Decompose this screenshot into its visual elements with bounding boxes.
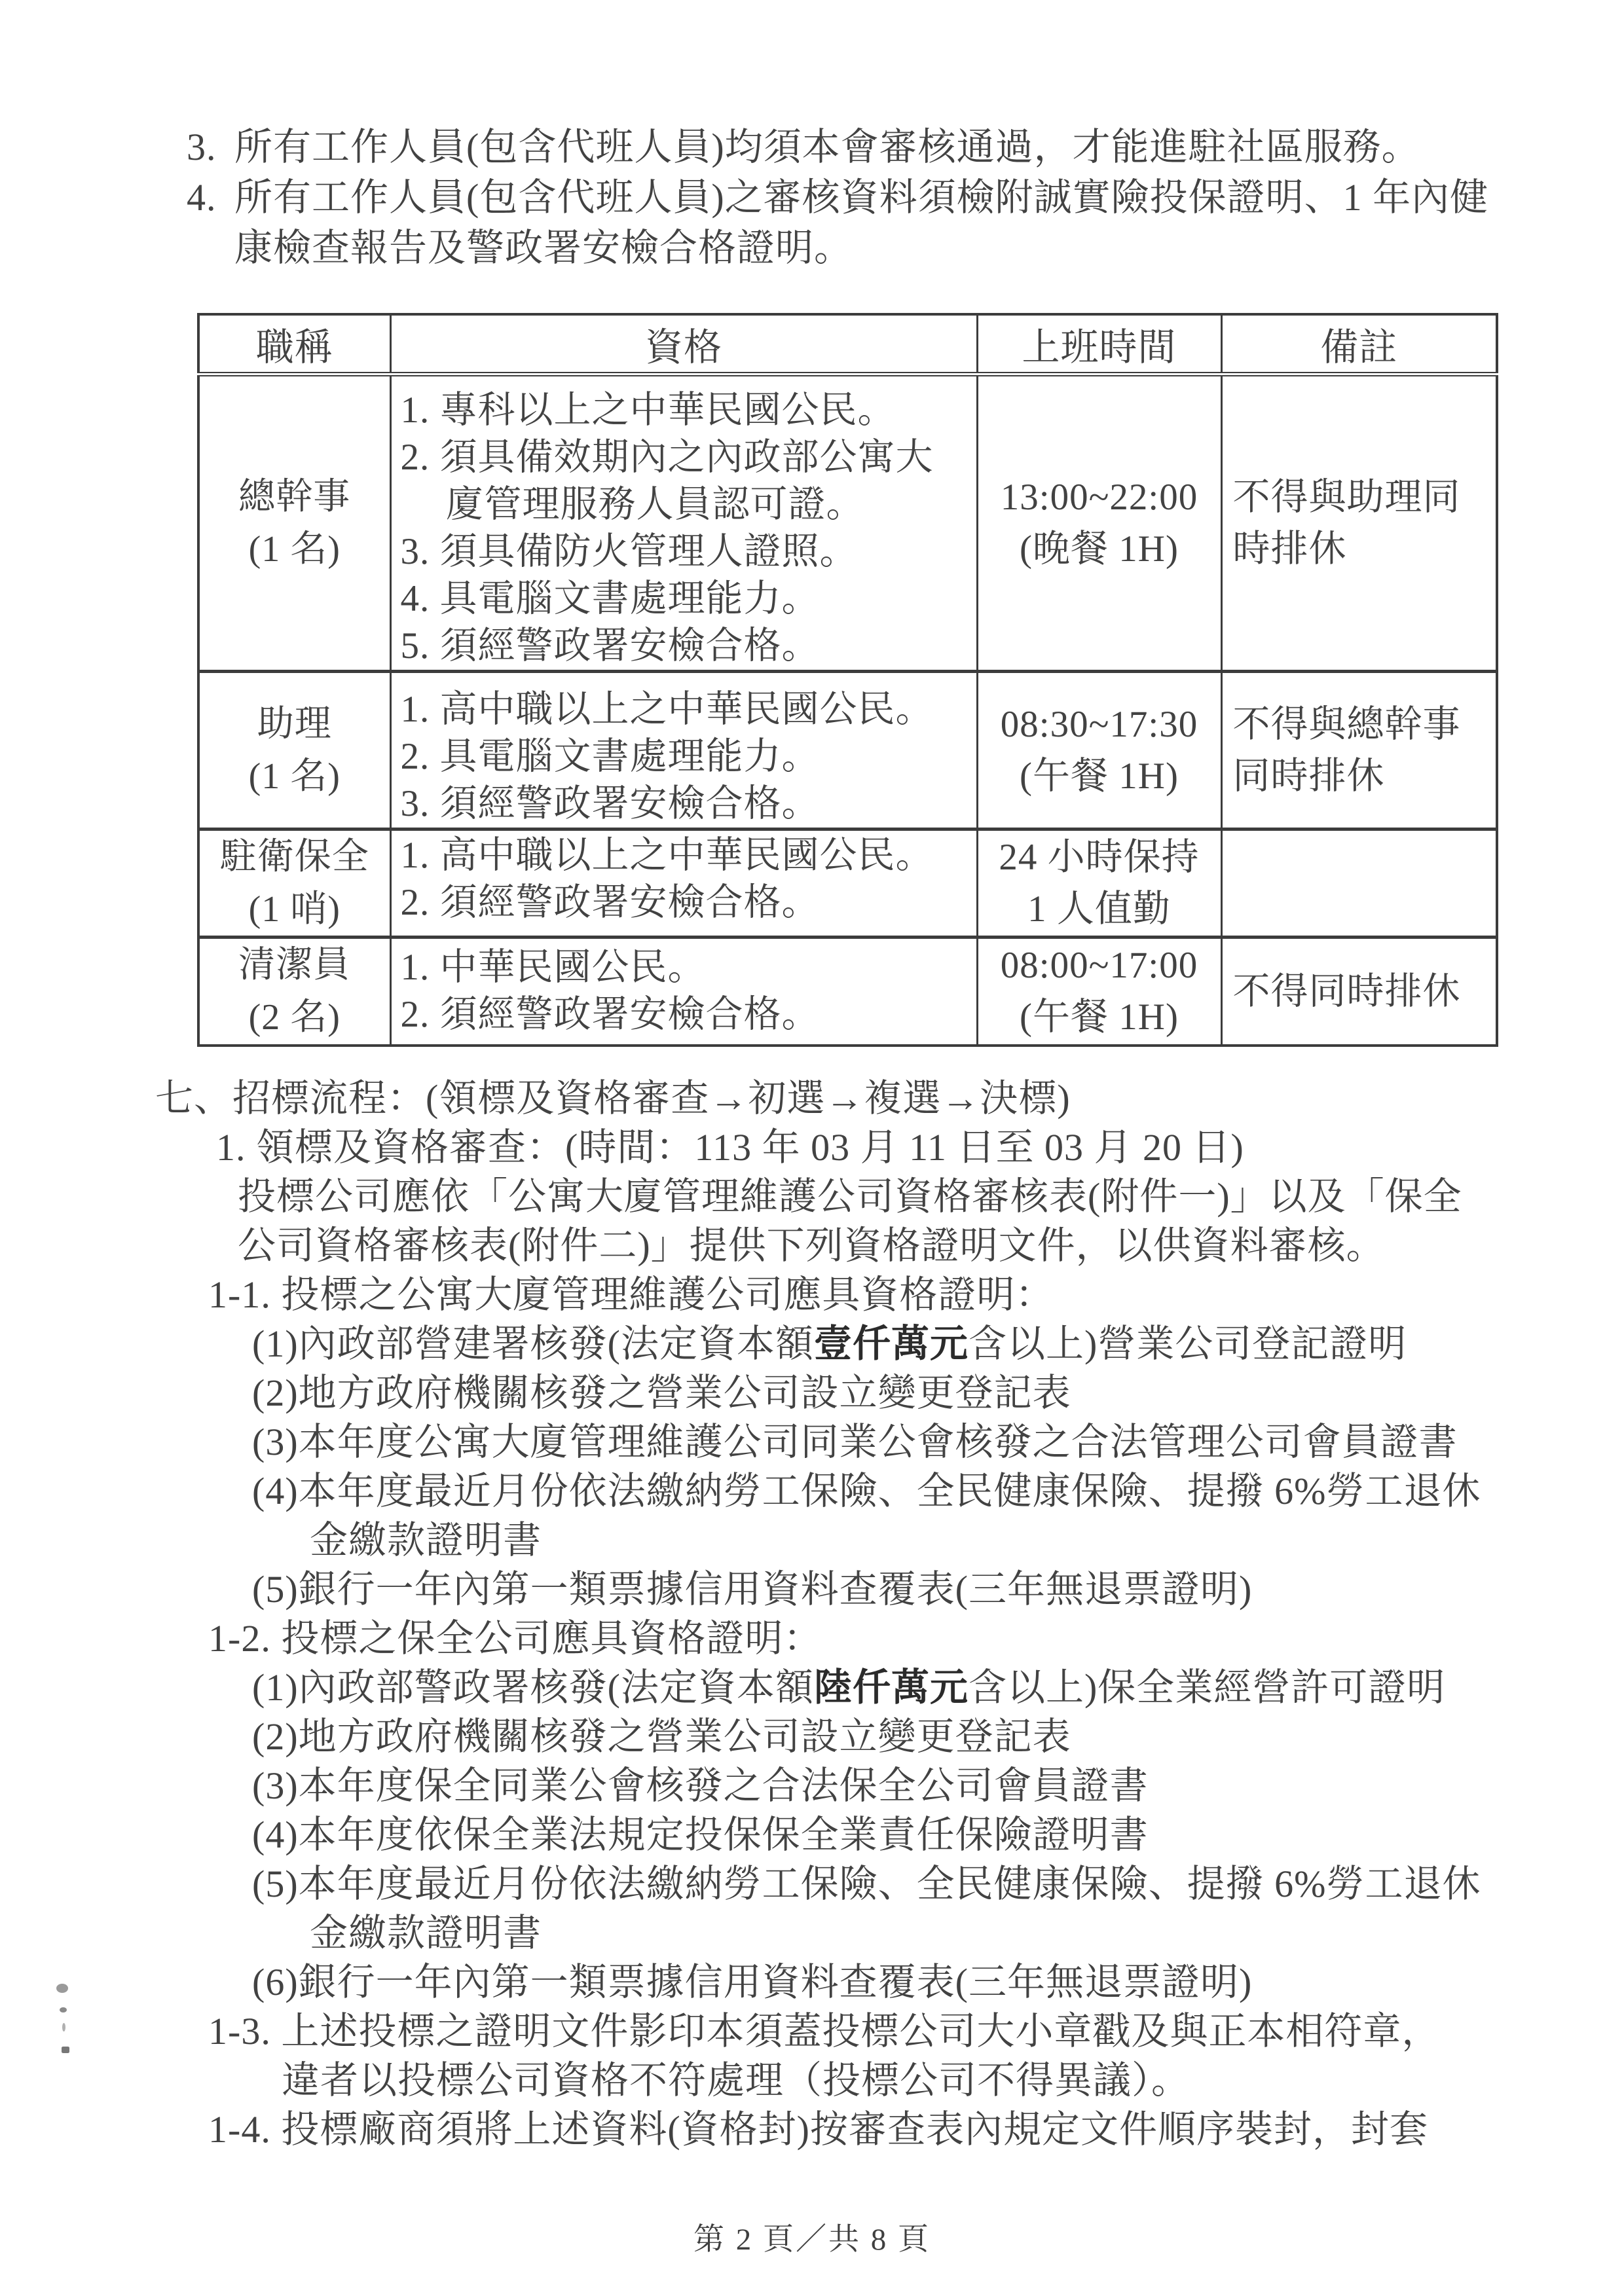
job-headcount: (2 名) <box>201 991 388 1044</box>
remark-line: 同時排休 <box>1233 750 1492 802</box>
qualifications-cell: 1. 高中職以上之中華民國公民。 2. 具電腦文書處理能力。 3. 須經警政署安… <box>390 672 977 829</box>
sub-1-2-item-5: (5)本年度最近月份依法繳納勞工保險、全民健康保險、提撥 6%勞工退休 <box>0 1859 1624 1908</box>
scan-speck <box>62 2047 69 2053</box>
qual-line: 1. 中華民國公民。 <box>401 944 971 991</box>
scan-speck <box>62 2023 65 2032</box>
sub-1-2-item-1: (1)內政部警政署核發(法定資本額陸仟萬元含以上)保全業經營許可證明 <box>0 1663 1624 1712</box>
qual-line: 廈管理服務人員認可證。 <box>401 481 971 528</box>
qual-line: 2. 具電腦文書處理能力。 <box>401 733 971 780</box>
sub-1-2-item-4: (4)本年度依保全業法規定投保保全業責任保險證明書 <box>0 1810 1624 1859</box>
sub-1-2-item-6: (6)銀行一年內第一類票據信用資料查覆表(三年無退票證明) <box>0 1958 1624 2007</box>
capital-amount-bold: 壹仟萬元 <box>814 1322 969 1365</box>
staff-requirements-table: 職稱 資格 上班時間 備註 總幹事 (1 名) 1. 專科以上之中華民國公民。 … <box>197 313 1498 1047</box>
qual-line: 1. 高中職以上之中華民國公民。 <box>401 686 971 733</box>
sub-1-1-item-4-wrap: 金繳款證明書 <box>0 1516 1624 1565</box>
hours-line: (午餐 1H) <box>980 750 1219 802</box>
hours-line: 24 小時保持 <box>980 831 1219 883</box>
remarks-cell: 不得與助理同 時排休 <box>1221 374 1497 672</box>
top-notes: 3. 所有工作人員(包含代班人員)均須本會審核通過，才能進駐社區服務。 4. 所… <box>187 122 1488 273</box>
sub-1-3-line-2: 違者以投標公司資格不符處理（投標公司不得異議）。 <box>0 2056 1624 2105</box>
sub-1-1-item-5: (5)銀行一年內第一類票據信用資料查覆表(三年無退票證明) <box>0 1565 1624 1614</box>
job-title-cell: 駐衛保全 (1 哨) <box>198 829 390 938</box>
qualifications-cell: 1. 高中職以上之中華民國公民。 2. 須經警政署安檢合格。 <box>390 829 977 938</box>
remark-line: 不得與總幹事 <box>1233 699 1492 750</box>
job-title-cell: 清潔員 (2 名) <box>198 938 390 1046</box>
note-text: 所有工作人員(包含代班人員)均須本會審核通過，才能進駐社區服務。 <box>234 122 1488 172</box>
job-title: 駐衛保全 <box>201 831 388 883</box>
note-item-3: 3. 所有工作人員(包含代班人員)均須本會審核通過，才能進駐社區服務。 <box>187 122 1488 172</box>
document-page: 3. 所有工作人員(包含代班人員)均須本會審核通過，才能進駐社區服務。 4. 所… <box>0 0 1624 2296</box>
remarks-cell <box>1221 829 1497 938</box>
job-headcount: (1 名) <box>201 523 388 575</box>
sub-1-2-item-5-wrap: 金繳款證明書 <box>0 1908 1624 1958</box>
table-row: 助理 (1 名) 1. 高中職以上之中華民國公民。 2. 具電腦文書處理能力。 … <box>198 672 1497 829</box>
qual-line: 3. 須經警政署安檢合格。 <box>401 780 971 828</box>
job-title-cell: 總幹事 (1 名) <box>198 374 390 672</box>
qual-line: 1. 專科以上之中華民國公民。 <box>401 387 971 434</box>
step-1-description: 投標公司應依「公寓大廈管理維護公司資格審核表(附件一)」以及「保全 <box>0 1172 1624 1221</box>
header-work-hours: 上班時間 <box>977 314 1221 374</box>
work-hours-cell: 24 小時保持 1 人值勤 <box>977 829 1221 938</box>
sub-1-1-item-4: (4)本年度最近月份依法繳納勞工保險、全民健康保險、提撥 6%勞工退休 <box>0 1467 1624 1516</box>
item-text: 含以上)營業公司登記證明 <box>969 1322 1407 1365</box>
qual-line: 2. 須具備效期內之內政部公寓大 <box>401 434 971 481</box>
job-headcount: (1 名) <box>201 750 388 803</box>
hours-line: 13:00~22:00 <box>980 471 1219 523</box>
page-number-footer: 第 2 頁／共 8 頁 <box>0 2215 1624 2259</box>
sub-1-2-item-2: (2)地方政府機關核發之營業公司設立變更登記表 <box>0 1712 1624 1761</box>
work-hours-cell: 13:00~22:00 (晚餐 1H) <box>977 374 1221 672</box>
sub-1-2-heading: 1-2. 投標之保全公司應具資格證明： <box>0 1614 1624 1663</box>
job-title: 總幹事 <box>201 471 388 523</box>
note-text: 康檢查報告及警政署安檢合格證明。 <box>234 223 1488 273</box>
item-text: (1)內政部營建署核發(法定資本額 <box>252 1322 814 1365</box>
qual-line: 3. 須具備防火管理人證照。 <box>401 528 971 575</box>
sub-1-1-item-1: (1)內政部營建署核發(法定資本額壹仟萬元含以上)營業公司登記證明 <box>0 1319 1624 1368</box>
remark-line: 不得同時排休 <box>1233 966 1492 1017</box>
scan-speck <box>56 1984 68 1993</box>
header-job-title: 職稱 <box>198 314 390 374</box>
table-row: 清潔員 (2 名) 1. 中華民國公民。 2. 須經警政署安檢合格。 08:00… <box>198 938 1497 1046</box>
job-title-cell: 助理 (1 名) <box>198 672 390 829</box>
job-title: 助理 <box>201 698 388 750</box>
item-text: 含以上)保全業經營許可證明 <box>969 1666 1445 1709</box>
step-1-heading: 1. 領標及資格審查：(時間：113 年 03 月 11 日至 03 月 20 … <box>0 1123 1624 1172</box>
hours-line: 08:00~17:00 <box>980 939 1219 991</box>
remark-line: 不得與助理同 <box>1233 471 1492 523</box>
remark-line: 時排休 <box>1233 523 1492 575</box>
step-1-description: 公司資格審核表(附件二)」提供下列資格證明文件，以供資料審核。 <box>0 1221 1624 1270</box>
remarks-cell: 不得與總幹事 同時排休 <box>1221 672 1497 829</box>
qual-line: 1. 高中職以上之中華民國公民。 <box>401 832 971 879</box>
scan-speck <box>60 2007 67 2013</box>
qual-line: 2. 須經警政署安檢合格。 <box>401 879 971 926</box>
note-number: 3. <box>187 122 234 172</box>
qual-line: 2. 須經警政署安檢合格。 <box>401 991 971 1038</box>
note-text: 所有工作人員(包含代班人員)之審核資料須檢附誠實險投保證明、1 年內健 <box>234 172 1488 223</box>
hours-line: (午餐 1H) <box>980 991 1219 1043</box>
section-heading: 七、招標流程：(領標及資格審查→初選→複選→決標) <box>0 1074 1624 1123</box>
job-headcount: (1 哨) <box>201 883 388 936</box>
header-remarks: 備註 <box>1221 314 1497 374</box>
remarks-cell: 不得同時排休 <box>1221 938 1497 1046</box>
qual-line: 5. 須經警政署安檢合格。 <box>401 623 971 670</box>
hours-line: 1 人值勤 <box>980 883 1219 935</box>
capital-amount-bold: 陸仟萬元 <box>814 1666 969 1709</box>
hours-line: 08:30~17:30 <box>980 699 1219 750</box>
qual-line: 4. 具電腦文書處理能力。 <box>401 575 971 623</box>
qualifications-cell: 1. 專科以上之中華民國公民。 2. 須具備效期內之內政部公寓大 廈管理服務人員… <box>390 374 977 672</box>
table-row: 總幹事 (1 名) 1. 專科以上之中華民國公民。 2. 須具備效期內之內政部公… <box>198 374 1497 672</box>
header-qualifications: 資格 <box>390 314 977 374</box>
sub-1-1-item-3: (3)本年度公寓大廈管理維護公司同業公會核發之合法管理公司會員證書 <box>0 1417 1624 1467</box>
work-hours-cell: 08:30~17:30 (午餐 1H) <box>977 672 1221 829</box>
note-number: 4. <box>187 172 234 273</box>
table-row: 駐衛保全 (1 哨) 1. 高中職以上之中華民國公民。 2. 須經警政署安檢合格… <box>198 829 1497 938</box>
tender-procedure-section: 七、招標流程：(領標及資格審查→初選→複選→決標) 1. 領標及資格審查：(時間… <box>0 1074 1624 2154</box>
work-hours-cell: 08:00~17:00 (午餐 1H) <box>977 938 1221 1046</box>
qualifications-cell: 1. 中華民國公民。 2. 須經警政署安檢合格。 <box>390 938 977 1046</box>
sub-1-2-item-3: (3)本年度保全同業公會核發之合法保全公司會員證書 <box>0 1761 1624 1810</box>
note-item-4: 4. 所有工作人員(包含代班人員)之審核資料須檢附誠實險投保證明、1 年內健 康… <box>187 172 1488 273</box>
sub-1-1-item-2: (2)地方政府機關核發之營業公司設立變更登記表 <box>0 1368 1624 1417</box>
sub-1-3-line-1: 1-3. 上述投標之證明文件影印本須蓋投標公司大小章戳及與正本相符章， <box>0 2007 1624 2056</box>
job-title: 清潔員 <box>201 939 388 991</box>
item-text: (1)內政部警政署核發(法定資本額 <box>252 1666 814 1709</box>
sub-1-4-line-1: 1-4. 投標廠商須將上述資料(資格封)按審查表內規定文件順序裝封，封套 <box>0 2105 1624 2154</box>
sub-1-1-heading: 1-1. 投標之公寓大廈管理維護公司應具資格證明： <box>0 1270 1624 1319</box>
table-header-row: 職稱 資格 上班時間 備註 <box>198 314 1497 374</box>
hours-line: (晚餐 1H) <box>980 523 1219 575</box>
